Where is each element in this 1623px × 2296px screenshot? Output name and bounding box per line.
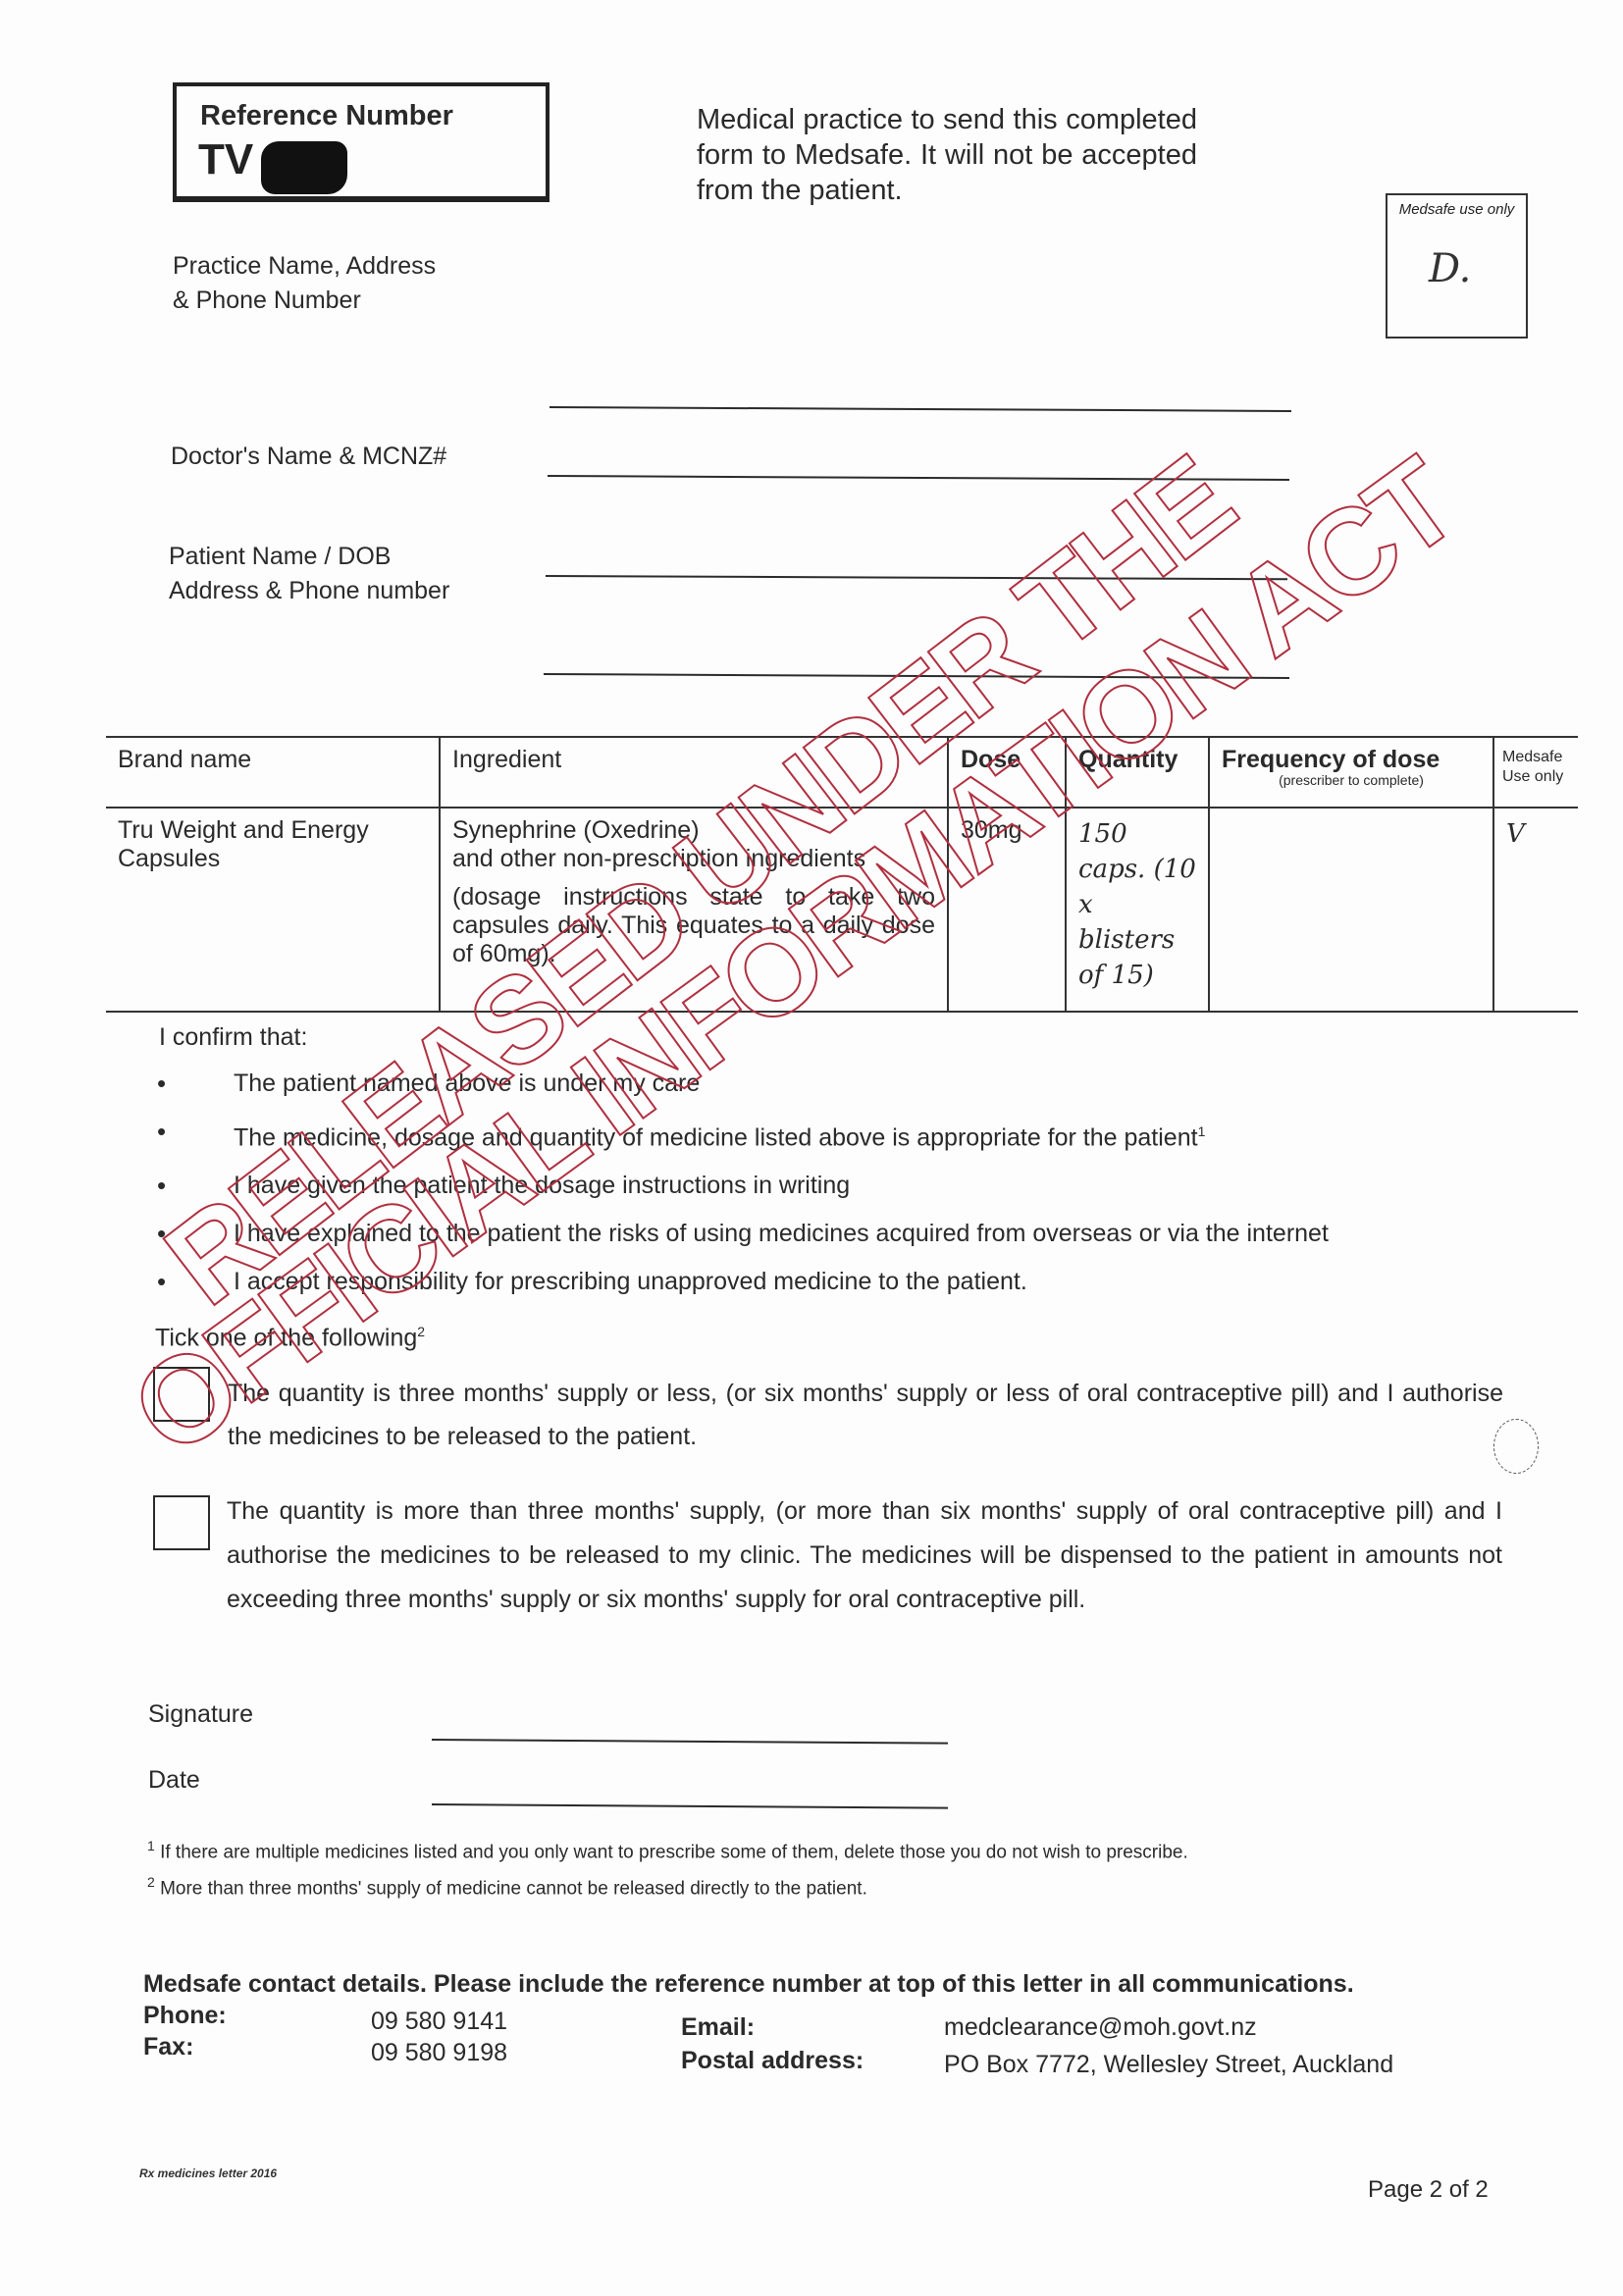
medicine-table: Brand name Ingredient Dose Quantity Freq… — [106, 736, 1578, 1013]
page-number: Page 2 of 2 — [1368, 2176, 1489, 2204]
confirm-item: The patient named above is under my care — [157, 1060, 1531, 1108]
option-1-checkbox[interactable] — [153, 1367, 210, 1422]
practice-label: Practice Name, Address & Phone Number — [173, 249, 436, 318]
ingredient-secondary: and other non-prescription ingredients — [452, 845, 935, 873]
practice-label-line-2: & Phone Number — [173, 284, 436, 318]
cell-medsafe-use: V — [1493, 808, 1578, 1012]
email-label: Email: — [681, 2013, 755, 2042]
footnote-number: 1 — [147, 1838, 155, 1853]
confirm-item: I accept responsibility for prescribing … — [157, 1258, 1531, 1306]
medsafe-use-label: Medsafe use only — [1387, 201, 1526, 218]
patient-label-line-1: Patient Name / DOB — [169, 540, 449, 574]
option-1-text: The quantity is three months' supply or … — [228, 1372, 1503, 1458]
postal-label: Postal address: — [681, 2047, 864, 2075]
header-dose: Dose — [948, 737, 1066, 808]
contact-heading: Medsafe contact details. Please include … — [143, 1970, 1354, 1999]
reference-number-box: Reference Number TV — [173, 82, 550, 202]
email-value[interactable]: medclearance@moh.govt.nz — [944, 2013, 1257, 2042]
patient-field-line-1[interactable] — [546, 575, 1287, 580]
tick-title-text: Tick one of the following — [155, 1324, 417, 1351]
option-2-text: The quantity is more than three months' … — [227, 1489, 1502, 1622]
confirm-list: The patient named above is under my care… — [157, 1060, 1531, 1306]
footnote-text: More than three months' supply of medici… — [160, 1879, 867, 1900]
footnote-ref: 2 — [417, 1324, 425, 1339]
ingredient-dosage-note: (dosage instructions state to take two c… — [452, 883, 935, 968]
confirm-item: I have given the patient the dosage inst… — [157, 1162, 1531, 1210]
reference-number-prefix: TV — [198, 135, 253, 184]
date-label: Date — [148, 1763, 200, 1798]
fax-value: 09 580 9198 — [371, 2039, 507, 2067]
cell-frequency[interactable] — [1209, 808, 1493, 1012]
redaction-mark — [261, 141, 347, 194]
submission-instruction: Medical practice to send this completed … — [697, 102, 1197, 208]
phone-value: 09 580 9141 — [371, 2008, 507, 2036]
form-identifier: Rx medicines letter 2016 — [139, 2166, 277, 2180]
patient-label-line-2: Address & Phone number — [169, 574, 449, 608]
practice-field-line[interactable] — [550, 406, 1291, 412]
header-frequency: Frequency of dose (prescriber to complet… — [1209, 737, 1493, 808]
patient-field-line-2[interactable] — [544, 673, 1289, 679]
cell-quantity[interactable]: 150 caps. (10 x blisters of 15) — [1066, 808, 1209, 1012]
reference-number-label: Reference Number — [200, 100, 453, 132]
header-quantity: Quantity — [1066, 737, 1209, 808]
medsafe-handwritten-mark: D. — [1429, 246, 1471, 291]
postal-value: PO Box 7772, Wellesley Street, Auckland — [944, 2051, 1393, 2079]
header-frequency-sub: (prescriber to complete) — [1222, 772, 1481, 788]
cell-ingredient: Synephrine (Oxedrine) and other non-pres… — [440, 808, 948, 1012]
cell-dose: 30mg — [948, 808, 1066, 1012]
header-frequency-label: Frequency of dose — [1222, 746, 1440, 773]
footnote-ref: 1 — [1198, 1123, 1206, 1139]
footnote-text: If there are multiple medicines listed a… — [160, 1842, 1188, 1862]
confirm-title: I confirm that: — [159, 1020, 307, 1055]
header-ingredient: Ingredient — [440, 737, 948, 808]
table-row: Tru Weight and Energy Capsules Synephrin… — [106, 808, 1578, 1012]
header-medsafe-use: Medsafe Use only — [1493, 737, 1578, 808]
footnote: 2 More than three months' supply of medi… — [147, 1867, 1188, 1904]
fax-label: Fax: — [143, 2033, 193, 2061]
footnote: 1 If there are multiple medicines listed… — [147, 1831, 1188, 1867]
footnote-number: 2 — [147, 1874, 155, 1890]
footnotes: 1 If there are multiple medicines listed… — [147, 1831, 1188, 1905]
tick-title: Tick one of the following2 — [155, 1315, 425, 1355]
doctor-field-line[interactable] — [548, 475, 1289, 481]
signature-field-line[interactable] — [432, 1739, 948, 1745]
signature-label: Signature — [148, 1697, 253, 1732]
practice-label-line-1: Practice Name, Address — [173, 249, 436, 284]
circle-mark — [1493, 1419, 1539, 1474]
ingredient-primary: Synephrine (Oxedrine) — [452, 816, 935, 845]
date-field-line[interactable] — [432, 1803, 948, 1809]
medsafe-use-box: Medsafe use only D. — [1386, 193, 1528, 339]
doctor-label: Doctor's Name & MCNZ# — [171, 440, 446, 474]
confirm-item-text: The medicine, dosage and quantity of med… — [234, 1123, 1198, 1151]
header-brand-name: Brand name — [106, 737, 440, 808]
option-2-checkbox[interactable] — [153, 1495, 210, 1550]
cell-brand-name: Tru Weight and Energy Capsules — [106, 808, 440, 1012]
confirm-item: I have explained to the patient the risk… — [157, 1210, 1531, 1258]
patient-label: Patient Name / DOB Address & Phone numbe… — [169, 540, 449, 608]
confirm-item: The medicine, dosage and quantity of med… — [157, 1108, 1531, 1162]
phone-label: Phone: — [143, 2002, 227, 2030]
